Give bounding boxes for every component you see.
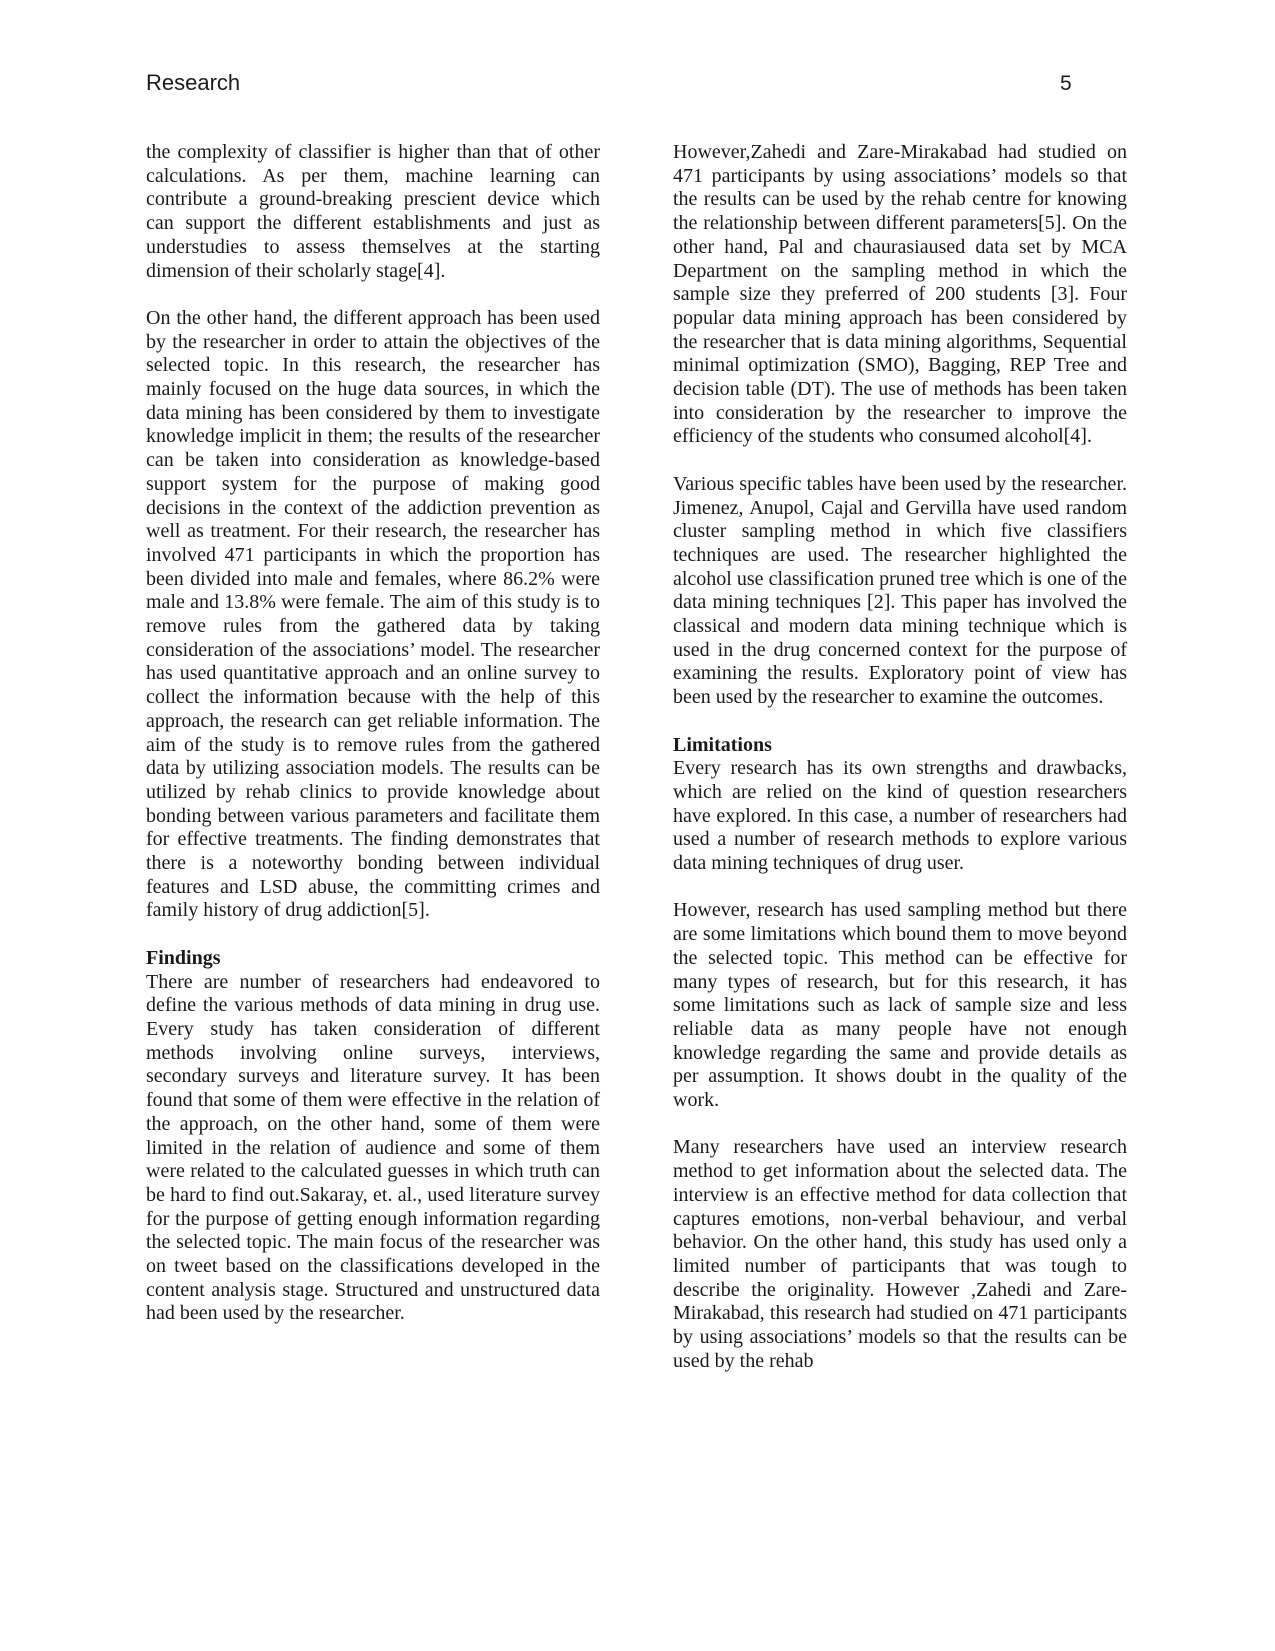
two-column-body: the complexity of classifier is higher t… [146,141,1127,1374]
right-column: However,Zahedi and Zare-Mirakabad had st… [673,141,1127,1374]
paragraph-limitations-intro: Every research has its own strengths and… [673,757,1127,876]
paragraph-specific-tables: Various specific tables have been used b… [673,473,1127,710]
page-number: 5 [1060,72,1072,96]
paragraph-interview-method: Many researchers have used an interview … [673,1136,1127,1373]
document-page: Research 5 the complexity of classifier … [0,0,1275,1651]
left-column: the complexity of classifier is higher t… [146,141,600,1374]
paragraph-findings-body: There are number of researchers had ende… [146,971,600,1327]
running-header-title: Research [146,70,240,96]
paragraph-classifier-complexity: the complexity of classifier is higher t… [146,141,600,283]
paragraph-sampling-limitations: However, research has used sampling meth… [673,899,1127,1112]
paragraph-zahedi-study: However,Zahedi and Zare-Mirakabad had st… [673,141,1127,449]
page-header: Research 5 [146,70,1127,100]
paragraph-research-approach: On the other hand, the different approac… [146,307,600,923]
section-heading-findings: Findings [146,947,600,971]
section-heading-limitations: Limitations [673,734,1127,758]
